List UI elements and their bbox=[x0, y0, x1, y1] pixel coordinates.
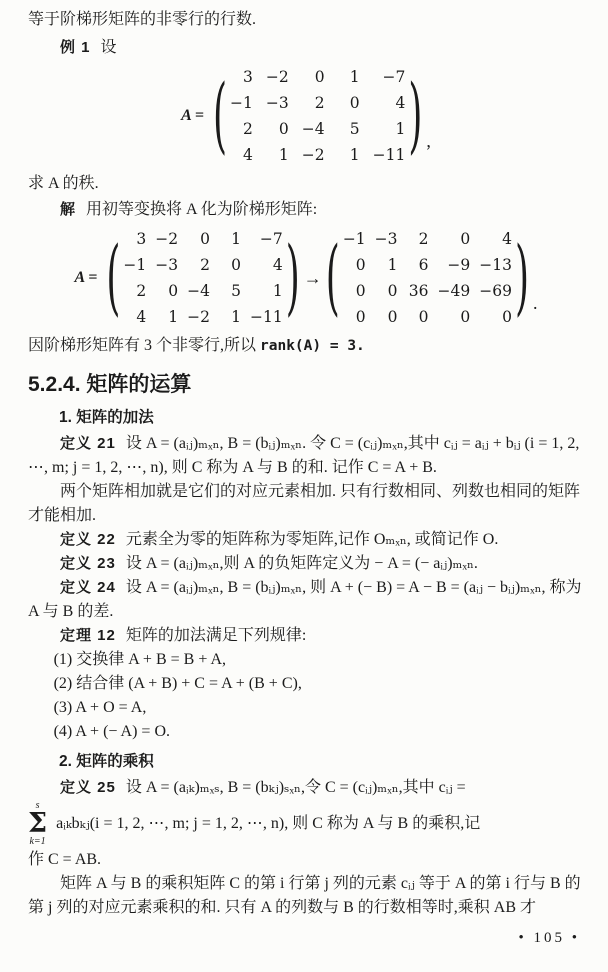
conclusion-line: 因阶梯形矩阵有 3 个非零行,所以 rank(A) = 3. bbox=[28, 334, 584, 358]
matrix-cell: −2 bbox=[266, 65, 289, 89]
definition-25-label: 定义 25 bbox=[60, 779, 116, 796]
matrix-cell: 0 bbox=[302, 65, 325, 89]
matrix2-right-paren-right: ) bbox=[514, 231, 530, 325]
matrix2-left-paren-right: ) bbox=[285, 231, 301, 325]
definition-25-sum-line: s Σ k=1 aᵢₖbₖⱼ(i = 1, 2, ⋯, m; j = 1, 2,… bbox=[28, 801, 584, 847]
definition-21-label: 定义 21 bbox=[60, 435, 116, 452]
summation-symbol: s Σ k=1 bbox=[28, 801, 47, 847]
matrix-cell: 0 bbox=[375, 279, 398, 303]
matrix-cell: −49 bbox=[438, 279, 471, 303]
subsection-addition-heading: 1. 矩阵的加法 bbox=[28, 406, 584, 430]
addition-rule-1: (1) 交换律 A + B = B + A, bbox=[28, 648, 584, 672]
sigma-glyph: Σ bbox=[28, 811, 47, 837]
matrix-cell: 0 bbox=[375, 305, 398, 329]
matrix-cell: 2 bbox=[230, 117, 253, 141]
matrix-cell: 0 bbox=[155, 279, 178, 303]
matrix-cell: 0 bbox=[343, 279, 366, 303]
matrix-cell: 4 bbox=[250, 253, 283, 277]
matrix-cell: 1 bbox=[155, 305, 178, 329]
matrix2-right-paren-left: ( bbox=[325, 231, 341, 325]
matrix-cell: 0 bbox=[438, 305, 471, 329]
solution-line: 解用初等变换将 A 化为阶梯形矩阵: bbox=[28, 198, 584, 222]
definition-25-intro: 定义 25设 A = (aᵢₖ)ₘₓₛ, B = (bₖⱼ)ₛₓₙ,令 C = … bbox=[28, 776, 584, 800]
matrix-cell: −2 bbox=[187, 305, 210, 329]
addition-rule-2: (2) 结合律 (A + B) + C = A + (B + C), bbox=[28, 672, 584, 696]
conclusion-rank-formula: rank(A) = 3. bbox=[260, 338, 365, 354]
matrix-cell: 0 bbox=[343, 253, 366, 277]
matrix-cell: 1 bbox=[219, 305, 241, 329]
theorem-12: 定理 12矩阵的加法满足下列规律: bbox=[28, 624, 584, 648]
textbook-page: 等于阶梯形矩阵的非零行的行数. 例 1设 A = ( 3−201−7−1−320… bbox=[0, 0, 608, 950]
matrix-cell: 5 bbox=[338, 117, 360, 141]
matrix-cell: 0 bbox=[343, 305, 366, 329]
matrix-cell: 1 bbox=[250, 279, 283, 303]
example-lead-text: 设 bbox=[101, 39, 117, 56]
matrix-display-2: A = ( 3−201−7−1−320420−45141−21−11 ) → (… bbox=[28, 227, 584, 329]
matrix2-trailing-period: . bbox=[533, 291, 538, 329]
matrix-cell: −3 bbox=[266, 91, 289, 115]
addition-rule-3: (3) A + O = A, bbox=[28, 696, 584, 720]
definition-24-label: 定义 24 bbox=[60, 579, 116, 596]
matrix-cell: 0 bbox=[266, 117, 289, 141]
matrix-cell: −11 bbox=[250, 305, 283, 329]
definition-23-label: 定义 23 bbox=[60, 555, 116, 572]
matrix-cell: 2 bbox=[187, 253, 210, 277]
matrix-cell: −2 bbox=[302, 143, 325, 167]
definition-25-text-after: aᵢₖbₖⱼ(i = 1, 2, ⋯, m; j = 1, 2, ⋯, n), … bbox=[56, 812, 480, 836]
definition-22-label: 定义 22 bbox=[60, 531, 116, 548]
definition-24: 定义 24设 A = (aᵢⱼ)ₘₓₙ, B = (bᵢⱼ)ₘₓₙ, 则 A +… bbox=[28, 576, 584, 624]
matrix-cell: 3 bbox=[123, 227, 146, 251]
matrix-cell: −1 bbox=[123, 253, 146, 277]
theorem-12-label: 定理 12 bbox=[60, 627, 116, 644]
matrix-cell: −13 bbox=[479, 253, 512, 277]
section-heading: 5.2.4. 矩阵的运算 bbox=[28, 370, 584, 400]
matrix-cell: 5 bbox=[219, 279, 241, 303]
matrix-cell: 1 bbox=[219, 227, 241, 251]
matrix1-lhs: A = bbox=[181, 104, 204, 128]
subsection-multiplication-heading: 2. 矩阵的乘积 bbox=[28, 750, 584, 774]
matrix-cell: 0 bbox=[338, 91, 360, 115]
matrix-a-echelon: −1−3204016−9−130036−49−6900000 bbox=[341, 227, 514, 329]
matrix-cell: −1 bbox=[343, 227, 366, 251]
matrix-cell: −11 bbox=[373, 143, 406, 167]
matrix-cell: 0 bbox=[187, 227, 210, 251]
matrix-cell: −69 bbox=[479, 279, 512, 303]
matrix-cell: 2 bbox=[407, 227, 429, 251]
definition-22-text: 元素全为零的矩阵称为零矩阵,记作 Oₘₓₙ, 或简记作 O. bbox=[126, 531, 499, 548]
matrix-cell: 0 bbox=[438, 227, 471, 251]
matrix-cell: 4 bbox=[479, 227, 512, 251]
matrix-cell: 4 bbox=[123, 305, 146, 329]
transform-arrow: → bbox=[304, 266, 322, 290]
definition-25-continuation: 作 C = AB. bbox=[28, 848, 584, 872]
definition-22: 定义 22元素全为零的矩阵称为零矩阵,记作 Oₘₓₙ, 或简记作 O. bbox=[28, 528, 584, 552]
matrix1-paren-left: ( bbox=[212, 69, 228, 163]
matrix-cell: −7 bbox=[373, 65, 406, 89]
matrix-cell: 36 bbox=[407, 279, 429, 303]
paragraph-addition-note: 两个矩阵相加就是它们的对应元素相加. 只有行数相同、列数也相同的矩阵才能相加. bbox=[28, 480, 584, 528]
solution-text: 用初等变换将 A 化为阶梯形矩阵: bbox=[86, 201, 317, 218]
paragraph-multiplication-note: 矩阵 A 与 B 的乘积矩阵 C 的第 i 行第 j 列的元素 cᵢⱼ 等于 A… bbox=[28, 872, 584, 920]
matrix-cell: −4 bbox=[302, 117, 325, 141]
matrix-cell: 0 bbox=[479, 305, 512, 329]
matrix-cell: −7 bbox=[250, 227, 283, 251]
theorem-12-text: 矩阵的加法满足下列规律: bbox=[126, 627, 306, 644]
matrix-cell: 1 bbox=[338, 143, 360, 167]
matrix-cell: 1 bbox=[373, 117, 406, 141]
matrix-cell: 3 bbox=[230, 65, 253, 89]
matrix-cell: −9 bbox=[438, 253, 471, 277]
definition-21: 定义 21设 A = (aᵢⱼ)ₘₓₙ, B = (bᵢⱼ)ₘₓₙ. 令 C =… bbox=[28, 432, 584, 480]
example-line: 例 1设 bbox=[28, 36, 584, 60]
example-label: 例 1 bbox=[60, 39, 91, 56]
matrix-cell: −4 bbox=[187, 279, 210, 303]
solution-label: 解 bbox=[60, 201, 76, 218]
matrix-cell: 0 bbox=[219, 253, 241, 277]
matrix2-lhs: A = bbox=[74, 266, 97, 290]
matrix1-trailing-comma: , bbox=[426, 129, 431, 167]
matrix-cell: 1 bbox=[266, 143, 289, 167]
definition-23-text: 设 A = (aᵢⱼ)ₘₓₙ,则 A 的负矩阵定义为 − A = (− aᵢⱼ)… bbox=[126, 555, 478, 572]
page-number: • 105 • bbox=[28, 926, 584, 950]
matrix-a: 3−201−7−1−320420−45141−21−11 bbox=[228, 65, 407, 167]
rank-question-line: 求 A 的秩. bbox=[28, 172, 584, 196]
matrix-cell: 0 bbox=[407, 305, 429, 329]
definition-23: 定义 23设 A = (aᵢⱼ)ₘₓₙ,则 A 的负矩阵定义为 − A = (−… bbox=[28, 552, 584, 576]
matrix-cell: 1 bbox=[375, 253, 398, 277]
summation-lower-limit: k=1 bbox=[29, 837, 45, 847]
matrix-cell: 2 bbox=[302, 91, 325, 115]
intro-line: 等于阶梯形矩阵的非零行的行数. bbox=[28, 8, 584, 32]
matrix-cell: 1 bbox=[338, 65, 360, 89]
matrix-cell: −2 bbox=[155, 227, 178, 251]
matrix2-left-paren-left: ( bbox=[105, 231, 121, 325]
addition-rule-4: (4) A + (− A) = O. bbox=[28, 720, 584, 744]
matrix-cell: 6 bbox=[407, 253, 429, 277]
conclusion-text: 因阶梯形矩阵有 3 个非零行,所以 bbox=[28, 337, 260, 354]
definition-25-text-before: 设 A = (aᵢₖ)ₘₓₛ, B = (bₖⱼ)ₛₓₙ,令 C = (cᵢⱼ)… bbox=[126, 779, 466, 796]
matrix-cell: −3 bbox=[155, 253, 178, 277]
matrix-cell: 4 bbox=[373, 91, 406, 115]
matrix-cell: −1 bbox=[230, 91, 253, 115]
matrix1-paren-right: ) bbox=[407, 69, 423, 163]
matrix-cell: 2 bbox=[123, 279, 146, 303]
matrix-cell: 4 bbox=[230, 143, 253, 167]
matrix-cell: −3 bbox=[375, 227, 398, 251]
matrix-a-original: 3−201−7−1−320420−45141−21−11 bbox=[121, 227, 284, 329]
matrix-display-1: A = ( 3−201−7−1−320420−45141−21−11 ) , bbox=[28, 65, 584, 167]
